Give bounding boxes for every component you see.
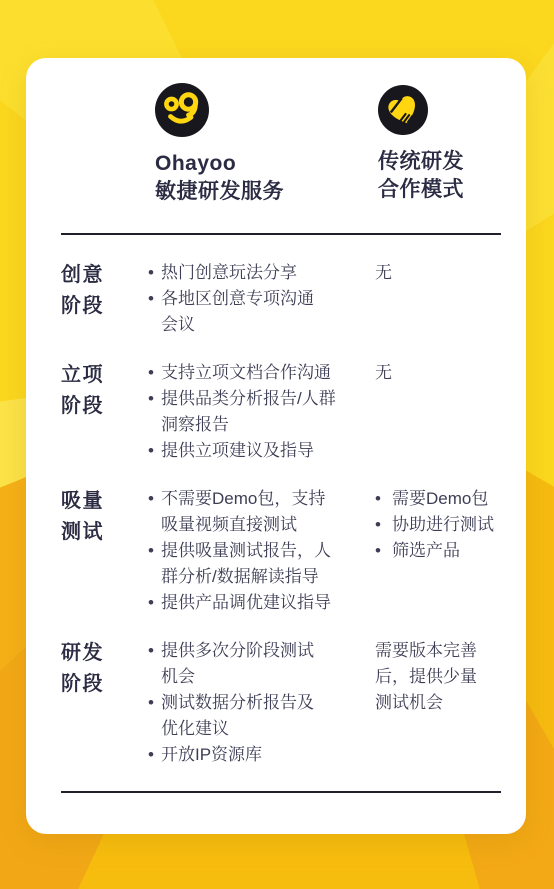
- bullet-item: •提供多次分阶段测试机会: [148, 638, 375, 690]
- item-text: 提供产品调优建议指导: [161, 590, 331, 616]
- ohayoo-cell: •提供多次分阶段测试机会•测试数据分析报告及优化建议•开放IP资源库: [148, 638, 375, 768]
- bullet-marker: •: [148, 690, 161, 742]
- bullet-marker: •: [148, 386, 161, 438]
- text-item: 无: [375, 260, 501, 286]
- bullet-item: •提供品类分析报告/人群洞察报告: [148, 386, 375, 438]
- bullet-item: •提供产品调优建议指导: [148, 590, 375, 616]
- comparison-rows: 创意阶段 •热门创意玩法分享•各地区创意专项沟通会议 无 立项阶段 •支持立项文…: [61, 260, 501, 768]
- bullet-item: •各地区创意专项沟通会议: [148, 286, 375, 338]
- item-text: 开放IP资源库: [161, 742, 262, 768]
- item-text: 协助进行测试: [392, 512, 494, 538]
- bullet-item: •需要Demo包: [375, 486, 501, 512]
- item-text: 热门创意玩法分享: [161, 260, 297, 286]
- row-label: 吸量测试: [61, 486, 148, 616]
- item-text: 提供多次分阶段测试机会: [161, 638, 314, 690]
- item-text: 不需要Demo包，支持吸量视频直接测试: [161, 486, 325, 538]
- item-text: 测试数据分析报告及优化建议: [161, 690, 314, 742]
- ohayoo-cell: •支持立项文档合作沟通•提供品类分析报告/人群洞察报告•提供立项建议及指导: [148, 360, 375, 464]
- traditional-cell: 无: [375, 360, 501, 464]
- bullet-item: •不需要Demo包，支持吸量视频直接测试: [148, 486, 375, 538]
- bullet-item: •测试数据分析报告及优化建议: [148, 690, 375, 742]
- item-text: 需要版本完善后，提供少量测试机会: [375, 638, 477, 716]
- ohayoo-cell: •不需要Demo包，支持吸量视频直接测试•提供吸量测试报告，人群分析/数据解读指…: [148, 486, 375, 616]
- footer-divider: [61, 791, 501, 793]
- item-text: 无: [375, 360, 392, 386]
- ohayoo-smiley-icon: [155, 83, 375, 137]
- bullet-item: •提供立项建议及指导: [148, 438, 375, 464]
- ohayoo-cell: •热门创意玩法分享•各地区创意专项沟通会议: [148, 260, 375, 338]
- item-text: 提供立项建议及指导: [161, 438, 314, 464]
- bullet-marker: •: [148, 360, 161, 386]
- column-header-traditional: 传统研发 合作模式: [375, 83, 501, 206]
- bullet-marker: •: [148, 286, 161, 338]
- item-text: 各地区创意专项沟通会议: [161, 286, 314, 338]
- bullet-item: •开放IP资源库: [148, 742, 375, 768]
- row-label: 创意阶段: [61, 260, 148, 338]
- bullet-marker: •: [148, 742, 161, 768]
- bullet-marker: •: [148, 538, 161, 590]
- bullet-marker: •: [375, 512, 392, 538]
- item-text: 支持立项文档合作沟通: [161, 360, 331, 386]
- row-label: 立项阶段: [61, 360, 148, 464]
- traditional-cell: 无: [375, 260, 501, 338]
- column-title: 传统研发 合作模式: [378, 148, 501, 204]
- column-title-line: 合作模式: [378, 176, 501, 204]
- bullet-marker: •: [148, 486, 161, 538]
- poster: Ohayoo 敏捷研发服务 传统研发: [0, 0, 554, 889]
- header-divider: [61, 233, 501, 235]
- column-title-line: Ohayoo: [155, 150, 375, 178]
- item-text: 提供品类分析报告/人群洞察报告: [161, 386, 336, 438]
- bullet-item: •提供吸量测试报告，人群分析/数据解读指导: [148, 538, 375, 590]
- traditional-cell: •需要Demo包•协助进行测试•筛选产品: [375, 486, 501, 616]
- text-item: 无: [375, 360, 501, 386]
- bullet-marker: •: [375, 538, 392, 564]
- column-title: Ohayoo 敏捷研发服务: [155, 150, 375, 206]
- handshake-heart-icon: [378, 85, 501, 135]
- item-text: 需要Demo包: [392, 486, 488, 512]
- column-title-line: 传统研发: [378, 148, 501, 176]
- bullet-marker: •: [148, 590, 161, 616]
- bullet-item: •协助进行测试: [375, 512, 501, 538]
- bullet-marker: •: [148, 638, 161, 690]
- comparison-card: Ohayoo 敏捷研发服务 传统研发: [26, 58, 526, 834]
- table-header: Ohayoo 敏捷研发服务 传统研发: [61, 83, 501, 206]
- row-label: 研发阶段: [61, 638, 148, 768]
- bullet-item: •支持立项文档合作沟通: [148, 360, 375, 386]
- bullet-marker: •: [148, 260, 161, 286]
- column-header-ohayoo: Ohayoo 敏捷研发服务: [148, 83, 375, 206]
- bullet-marker: •: [375, 486, 392, 512]
- item-text: 筛选产品: [392, 538, 460, 564]
- item-text: 无: [375, 260, 392, 286]
- text-item: 需要版本完善后，提供少量测试机会: [375, 638, 501, 716]
- bullet-item: •热门创意玩法分享: [148, 260, 375, 286]
- item-text: 提供吸量测试报告，人群分析/数据解读指导: [161, 538, 331, 590]
- column-title-line: 敏捷研发服务: [155, 178, 375, 206]
- table-row: 吸量测试 •不需要Demo包，支持吸量视频直接测试•提供吸量测试报告，人群分析/…: [61, 486, 501, 616]
- bullet-item: •筛选产品: [375, 538, 501, 564]
- table-row: 研发阶段 •提供多次分阶段测试机会•测试数据分析报告及优化建议•开放IP资源库 …: [61, 638, 501, 768]
- table-row: 创意阶段 •热门创意玩法分享•各地区创意专项沟通会议 无: [61, 260, 501, 338]
- table-row: 立项阶段 •支持立项文档合作沟通•提供品类分析报告/人群洞察报告•提供立项建议及…: [61, 360, 501, 464]
- bullet-marker: •: [148, 438, 161, 464]
- traditional-cell: 需要版本完善后，提供少量测试机会: [375, 638, 501, 768]
